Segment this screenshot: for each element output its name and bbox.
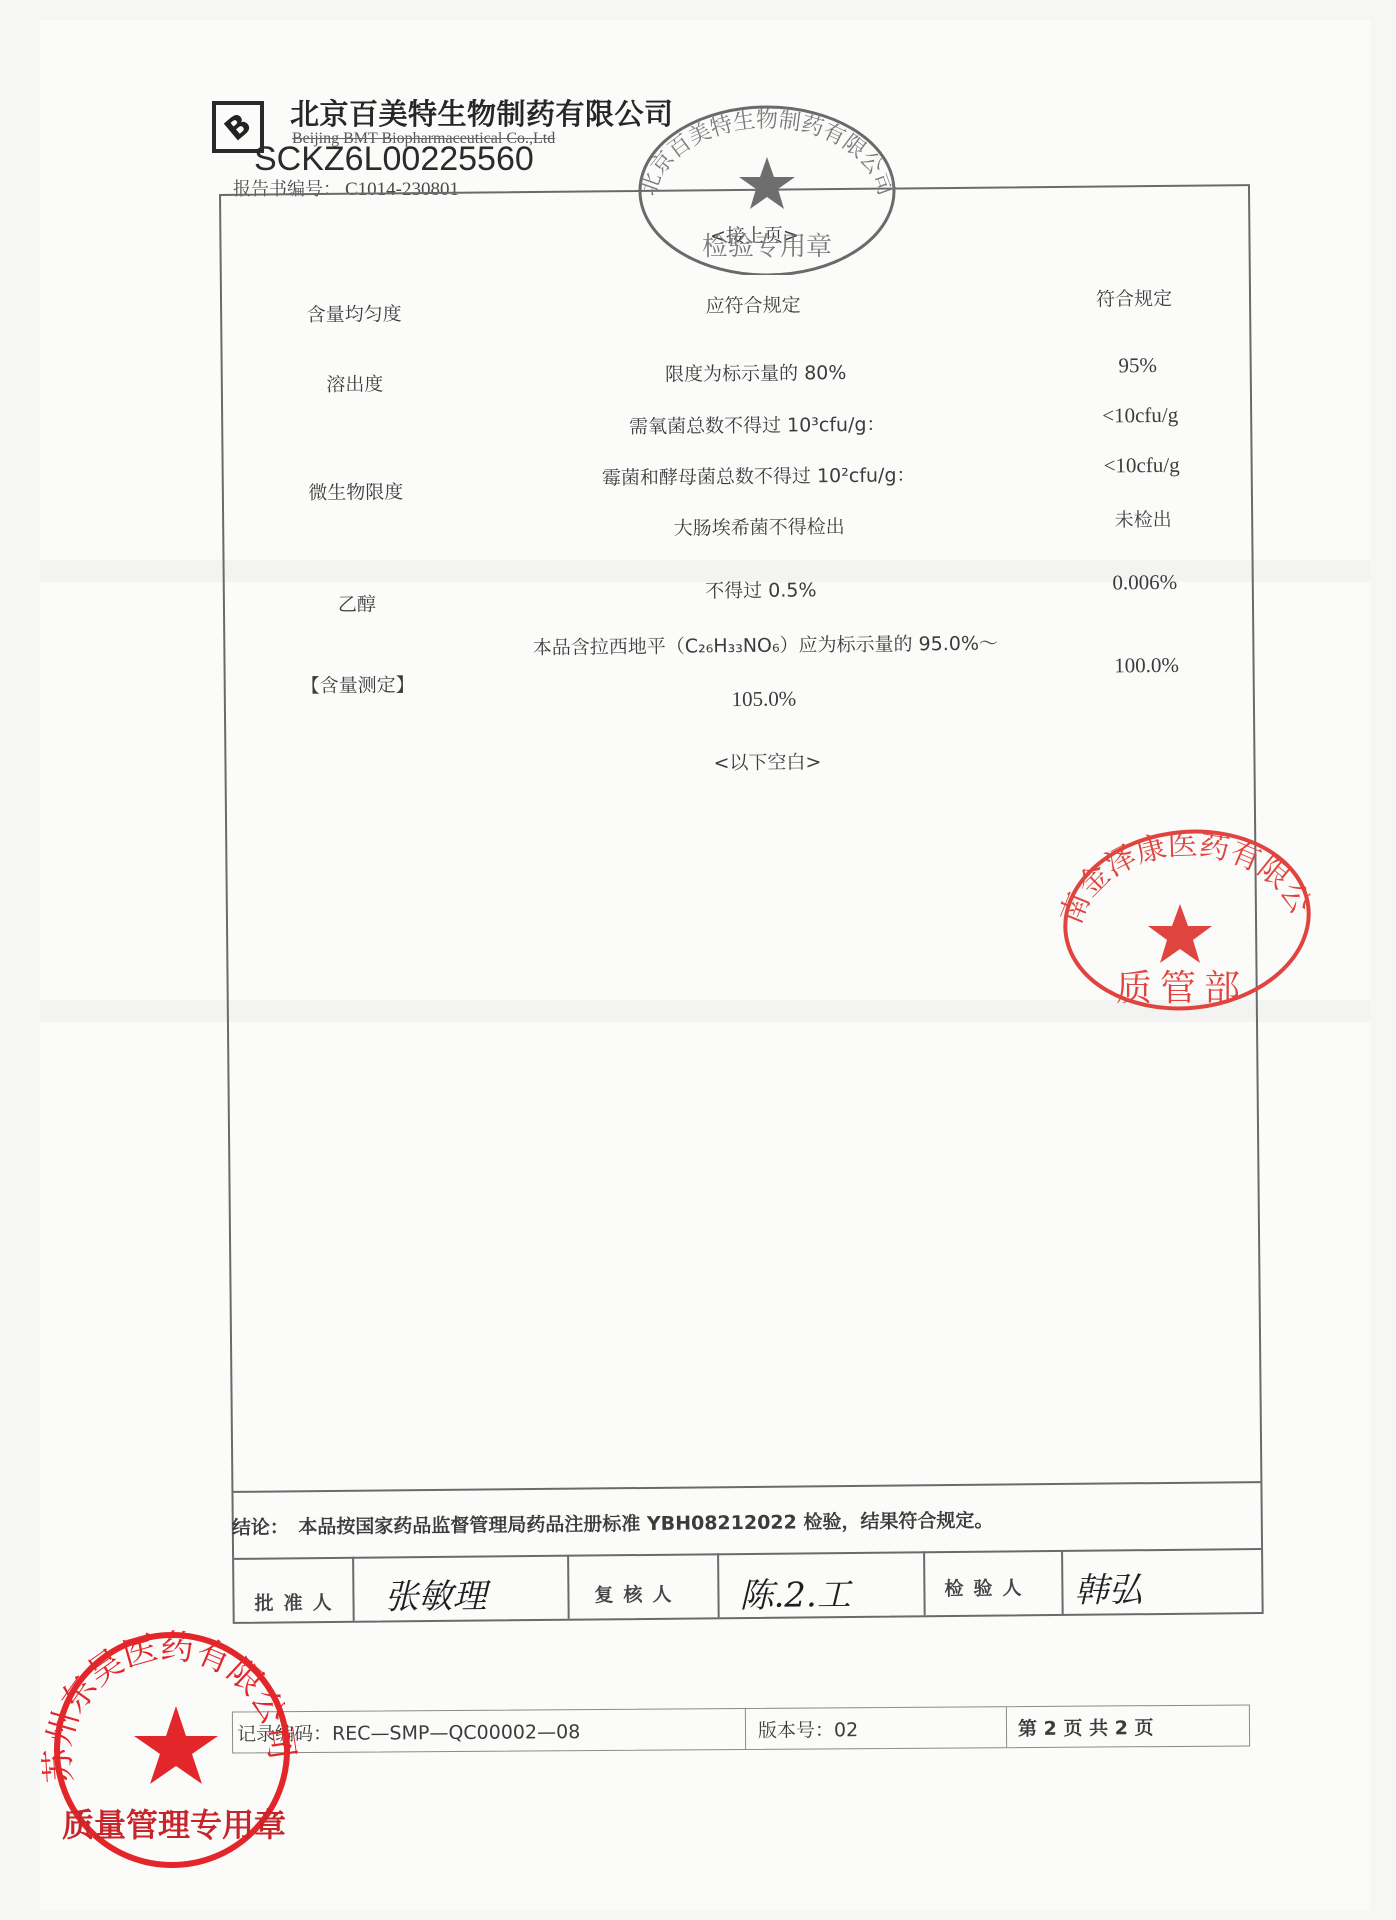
table-divider — [1061, 1550, 1064, 1614]
star-icon — [134, 1706, 218, 1784]
table-divider — [233, 1481, 1260, 1493]
test-standard: 限度为标示量的 80% — [665, 358, 847, 387]
test-standard: 大肠埃希菌不得检出 — [674, 512, 845, 541]
inspection-seal-stamp: 北京百美特生物制药有限公司 检验专用章 — [632, 95, 902, 275]
test-item: 溶出度 — [326, 369, 383, 397]
test-result: 100.0% — [1114, 653, 1179, 679]
test-standard: 105.0% — [731, 686, 796, 712]
test-result: 0.006% — [1112, 570, 1177, 596]
footer-divider — [1006, 1707, 1007, 1747]
stamp-ring-text: 河南金泽康医药有限公司 — [1052, 820, 1318, 929]
test-standard: 本品含拉西地平（C₂₆H₃₃NO₆）应为标示量的 95.0%～ — [533, 629, 998, 660]
table-divider — [923, 1551, 926, 1615]
test-item: 乙醇 — [338, 590, 376, 617]
inspector-signature: 韩弘 — [1074, 1562, 1142, 1612]
star-icon — [1148, 904, 1212, 963]
test-item: 含量均匀度 — [307, 299, 402, 327]
test-standard: 需氧菌总数不得过 10³cfu/g： — [629, 410, 886, 439]
table-divider — [717, 1553, 720, 1617]
quality-dept-stamp: 河南金泽康医药有限公司 质管部 — [1052, 820, 1322, 1020]
reviewer-label: 复核人 — [594, 1580, 681, 1608]
test-result: 95% — [1118, 353, 1157, 378]
overlay-code: SCKZ6L00225560 — [254, 140, 534, 179]
conclusion: 结论： 本品按国家药品监督管理局药品注册标准 YBH08212022 检验，结果… — [232, 1506, 994, 1540]
star-icon — [739, 157, 795, 209]
test-standard: 应符合规定 — [705, 290, 800, 318]
stamp-bottom-text: 检验专用章 — [702, 232, 832, 262]
footer-divider — [745, 1709, 746, 1749]
test-standard: 不得过 0.5% — [705, 575, 817, 603]
test-result: <10cfu/g — [1102, 403, 1178, 429]
table-divider — [567, 1555, 570, 1619]
table-divider — [234, 1548, 1261, 1560]
inspector-label: 检验人 — [944, 1573, 1031, 1601]
approver-label: 批准人 — [254, 1588, 341, 1616]
test-item: 【含量测定】 — [301, 670, 415, 698]
logo-glyph: B — [218, 106, 258, 148]
approver-signature: 张敏理 — [384, 1568, 486, 1618]
svg-text:河南金泽康医药有限公司: 河南金泽康医药有限公司 — [1052, 820, 1318, 929]
company-name-cn: 北京百美特生物制药有限公司 — [290, 92, 674, 133]
blank-below-note: <以下空白> — [713, 747, 821, 775]
reviewer-signature: 陈.2.工 — [739, 1567, 851, 1617]
stamp-bottom-text: 质管部 — [1116, 968, 1248, 1009]
record-footer: 记录编码：REC—SMP—QC00002—08 版本号：02 第 2 页 共 2… — [232, 1704, 1250, 1753]
test-result: 符合规定 — [1096, 284, 1172, 312]
test-standard: 霉菌和酵母菌总数不得过 10²cfu/g： — [602, 460, 916, 490]
test-result: <10cfu/g — [1104, 453, 1180, 479]
version-number: 版本号：02 — [758, 1708, 858, 1749]
page-number: 第 2 页 共 2 页 — [1018, 1706, 1154, 1747]
table-divider — [352, 1557, 355, 1621]
quality-management-stamp: 苏州东昊医药有限公司 质量管理专用章 — [40, 1628, 300, 1868]
stamp-bottom-text: 质量管理专用章 — [62, 1806, 286, 1844]
test-item: 微生物限度 — [308, 477, 403, 505]
test-result: 未检出 — [1115, 505, 1172, 533]
